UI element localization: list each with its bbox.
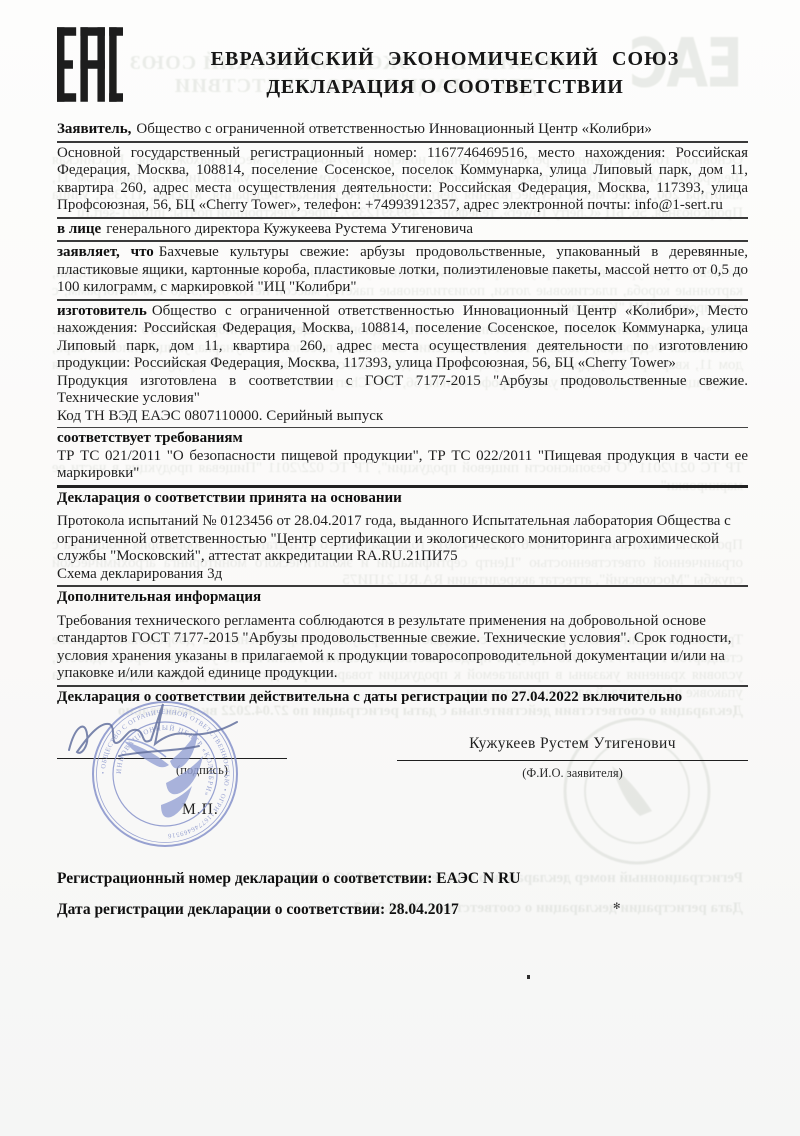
applicant-label: Заявитель,	[57, 121, 131, 137]
section-divider	[57, 299, 748, 301]
document-title: ЕВРАЗИЙСКИЙ ЭКОНОМИЧЕСКИЙ СОЮЗ ДЕКЛАРАЦИ…	[130, 48, 760, 99]
additional-info-text: Требования технического регламента соблю…	[57, 613, 748, 683]
scan-speck	[527, 975, 530, 979]
representative-name: генерального директора Кужукеева Рустема…	[106, 221, 473, 237]
tnved-code-line: Код ТН ВЭД ЕАЭС 0807110000. Серийный вып…	[57, 408, 748, 426]
manufacturer-paragraph: изготовительОбщество с ограниченной отве…	[57, 303, 748, 373]
compliance-heading: соответствует требованиям	[57, 430, 748, 448]
title-line-union: ЕВРАЗИЙСКИЙ ЭКОНОМИЧЕСКИЙ СОЮЗ	[130, 48, 760, 71]
basis-text: Протокола испытаний № 0123456 от 28.04.2…	[57, 513, 748, 566]
representative-label: в лице	[57, 221, 101, 237]
signer-name: Кужукеев Рустем Утигенович	[397, 735, 748, 753]
eac-logo: ЕАС	[57, 27, 123, 102]
representative-line: в лицегенерального директора Кужукеева Р…	[57, 221, 748, 239]
gost-line: Продукция изготовлена в соответствии с Г…	[57, 373, 748, 408]
section-divider	[57, 685, 748, 687]
name-caption: (Ф.И.О. заявителя)	[397, 765, 748, 783]
handwritten-signature	[61, 692, 251, 772]
manufacturer-text: Общество с ограниченной ответственностью…	[57, 303, 748, 372]
basis-heading: Декларация о соответствии принята на осн…	[57, 490, 748, 508]
applicant-name: Общество с ограниченной ответственностью…	[136, 121, 651, 137]
scheme-line: Схема декларирования 3д	[57, 566, 748, 584]
additional-info-heading: Дополнительная информация	[57, 589, 748, 607]
compliance-text: ТР ТС 021/2011 "О безопасности пищевой п…	[57, 448, 748, 483]
scan-artifact-mark: ✻	[613, 901, 621, 912]
declares-text: Бахчевые культуры свежие: арбузы продово…	[57, 244, 748, 295]
section-divider	[57, 217, 748, 219]
section-divider	[57, 240, 748, 242]
registration-date-line: Дата регистрации декларации о соответств…	[57, 901, 748, 919]
manufacturer-label: изготовитель	[57, 303, 147, 319]
declares-label: заявляет, что	[57, 244, 154, 260]
title-line-declaration: ДЕКЛАРАЦИЯ О СООТВЕТСТВИИ	[130, 76, 760, 99]
section-divider	[57, 485, 748, 488]
declaration-body: Заявитель,Общество с ограниченной ответс…	[57, 121, 748, 918]
applicant-details: Основной государственный регистрационный…	[57, 145, 748, 215]
name-line	[397, 760, 748, 761]
section-divider	[57, 427, 748, 428]
section-divider	[57, 585, 748, 587]
signature-block: (подпись) М.П. Кужукеев Рустем Утигенови…	[57, 708, 748, 858]
scanned-declaration-page: ЕАС ЕВРАЗИЙСКИЙ ЭКОНОМИЧЕСКИЙ СОЮЗ ДЕКЛА…	[0, 0, 800, 1136]
applicant-line: Заявитель,Общество с ограниченной ответс…	[57, 121, 748, 139]
section-divider	[57, 141, 748, 143]
registration-number-line: Регистрационный номер декларации о соотв…	[57, 870, 748, 888]
declaration-subject: заявляет, чтоБахчевые культуры свежие: а…	[57, 244, 748, 297]
